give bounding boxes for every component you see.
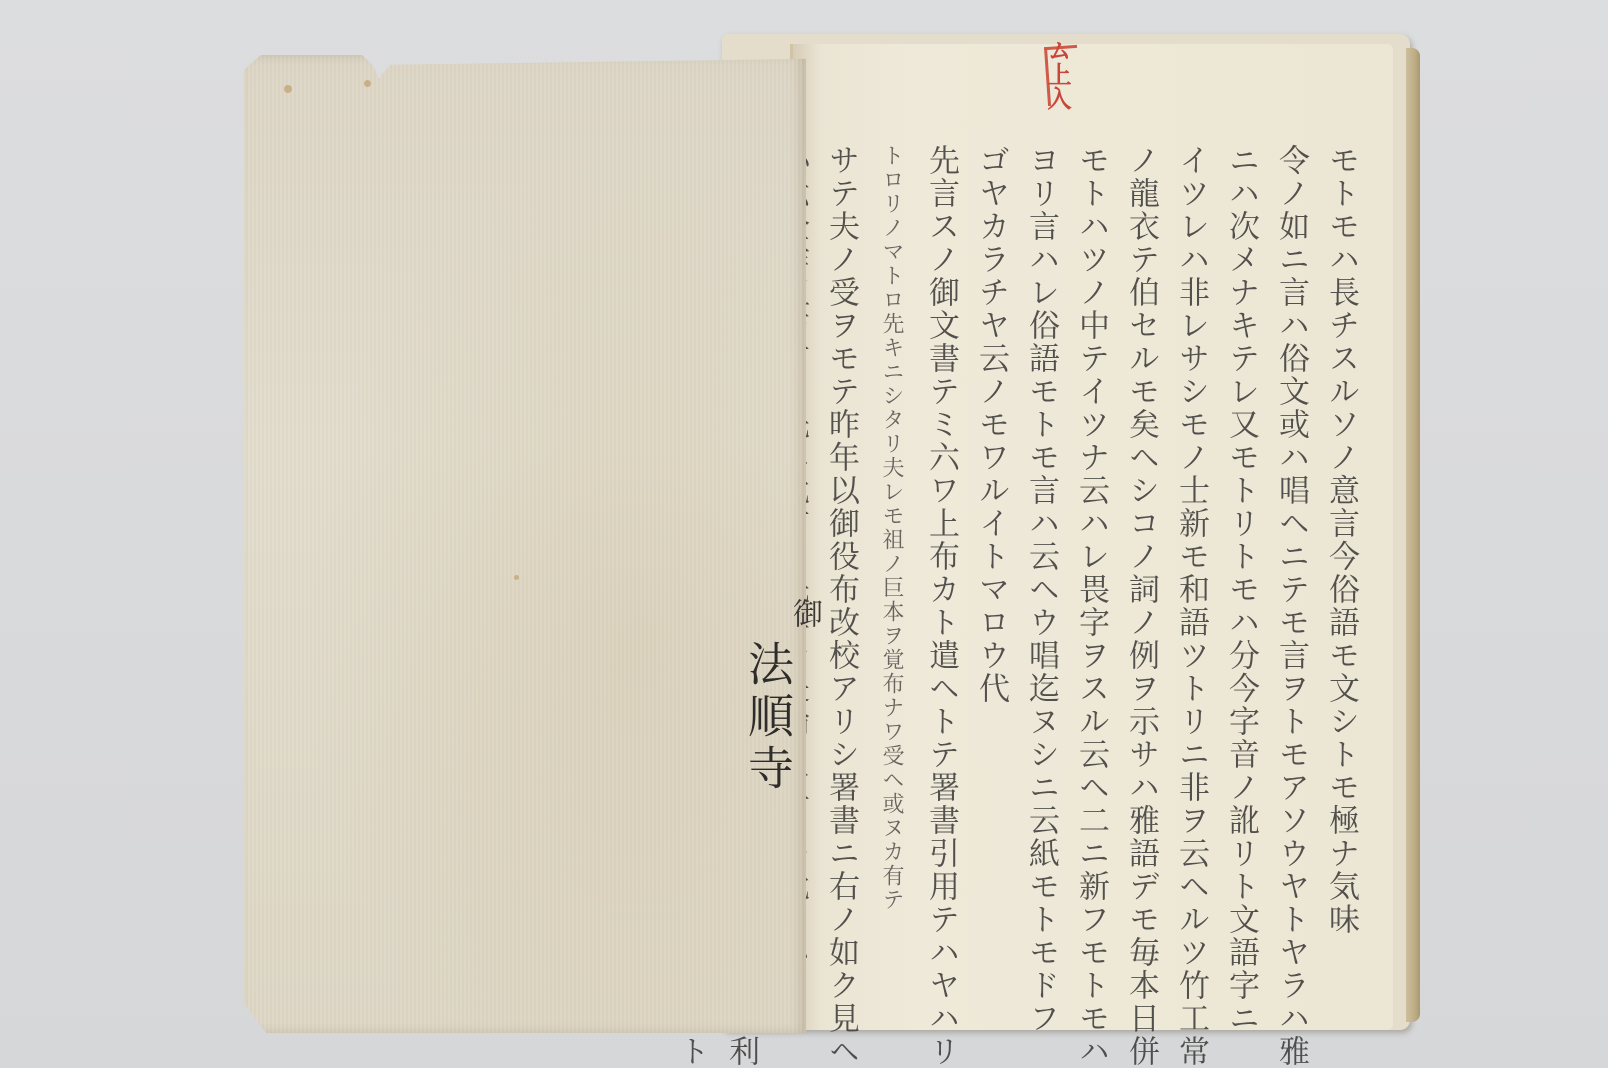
partial-character: 御 <box>782 598 826 628</box>
text-column: モトモハ長チスルソノ意言今俗語モ文シトモ極ナ気味 <box>1319 144 1363 1024</box>
right-page: モトモハ長チスルソノ意言今俗語モ文シトモ極ナ気味 令ノ如ニ言ハ俗文或ハ唱ヘニテモ… <box>790 44 1393 1030</box>
foxing-stain <box>514 575 519 580</box>
foxing-stain <box>364 80 371 87</box>
text-column: サテ夫ノ受ヲモテ昨年以御役布改校アリシ署書ニ右ノ如ク見ヘ <box>819 144 863 1024</box>
text-column: トロリノマトロ先キニシタリ夫レモ祖ノ巨本ヲ覚布ナワ受ヘ或ヌカ有テ <box>869 144 913 1024</box>
red-annotation: ム上入 <box>1040 38 1075 110</box>
text-column: イツレハ非レサシモノ士新モ和語ツトリニ非ヲ云ヘルツ竹工常 <box>1169 144 1213 1024</box>
text-column: モトハツノ中テイツナ云ハレ畏字ヲスル云ヘ二ニ新フモトモハ <box>1069 144 1113 1024</box>
text-column: ヨリ言ハレ俗語モトモ言ハ云ヘウ唱迄ヌシニ云紙モトモドフ <box>1019 144 1063 1024</box>
text-column: ゴヤカラチヤ云ノモワルイトマロウ代 <box>969 144 1013 1024</box>
left-cover-page <box>244 55 806 1033</box>
text-column: 先言スノ御文書テミ六ワ上布カト遣ヘトテ署書引用テハヤハリ巨布 <box>919 144 963 1024</box>
foxing-stain <box>284 85 292 93</box>
paper-texture <box>244 55 806 1033</box>
temple-name-label: 法順寺 <box>735 640 801 796</box>
text-column: ノ龍衣テ伯セルモ矣ヘシコノ詞ノ例ヲ示サハ雅語デモ毎本日併 <box>1119 144 1163 1024</box>
text-column: ニハ次メナキテレ又モトリトモハ分今字音ノ訛リト文語字ニ <box>1219 144 1263 1024</box>
text-column: 令ノ如ニ言ハ俗文或ハ唱ヘニテモ言ヲトモアソウヤトヤラハ雅語 <box>1269 144 1313 1024</box>
